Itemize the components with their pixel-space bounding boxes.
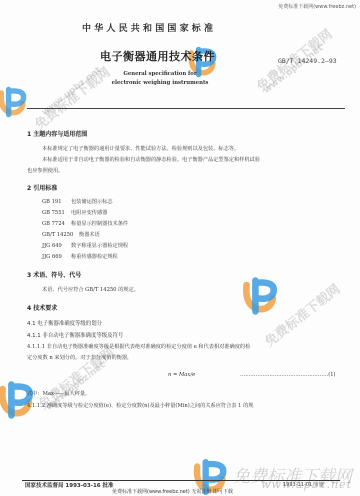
formula-where: 式中：Max——最大秤量。 bbox=[27, 390, 90, 397]
reference-code: JJG 649 bbox=[42, 243, 71, 249]
national-standard-label: 中华人民共和国国家标准 bbox=[82, 21, 216, 34]
document-title-en: General specification for electronic wei… bbox=[100, 70, 220, 87]
document-page: 免费标准下载网 www.upbz.net 免费标准下载网 www.upbz.ne… bbox=[0, 0, 360, 496]
download-note-link[interactable]: 免费标准下载网(www.freebz.net) 无需注册 即可下载 bbox=[112, 488, 233, 495]
brand-watermark-url[interactable]: www.upbz.net bbox=[261, 478, 352, 491]
section-3-para: 术语、代号应符合 GB/T 14250 的规定。 bbox=[42, 286, 139, 293]
title-en-line2: electronic weighing instruments bbox=[100, 79, 220, 88]
section-1-para-1: 本标准规定了电子衡器的通用计量要求、性能试验方法、检验规则以及包装、标志等。 bbox=[42, 145, 239, 152]
top-watermark-link[interactable]: 免费标准下载网(www.freebz.net) bbox=[278, 3, 356, 10]
reference-item: JJG 649数字称重显示器检定规程 bbox=[42, 242, 128, 249]
clause-4-1-1: 4.1.1 非自动电子衡器准确度等级及符号 bbox=[27, 331, 123, 339]
section-1-heading: 1 主题内容与适用范围 bbox=[27, 129, 87, 138]
reference-item: GB/T 14250衡器术语 bbox=[42, 231, 100, 238]
up-logo-icon-mid bbox=[240, 274, 284, 318]
document-title-cn: 电子衡器通用技术条件 bbox=[100, 48, 215, 64]
header-divider bbox=[27, 108, 345, 109]
section-3-heading: 3 术语、符号、代号 bbox=[27, 270, 81, 279]
reference-name: 数字称重显示器检定规程 bbox=[71, 243, 128, 249]
reference-code: JJG 669 bbox=[42, 254, 71, 260]
formula-number: ……………………………………………(1) bbox=[240, 372, 336, 378]
reference-item: GB 191包装储运图示标志 bbox=[42, 198, 113, 205]
section-2-heading: 2 引用标准 bbox=[27, 183, 57, 192]
reference-name: 称量显示控制器技术条件 bbox=[71, 221, 128, 227]
clause-4-1-1-1-line2: 定分度数 n 来划分的。对于非分度值的衡器， bbox=[27, 354, 132, 361]
reference-name: 电阻应变传感器 bbox=[71, 210, 107, 216]
reference-code: GB 191 bbox=[42, 199, 71, 205]
reference-code: GB/T 14250 bbox=[42, 232, 79, 238]
reference-code: GB 7724 bbox=[42, 221, 71, 227]
reference-name: 称重传感器检定规程 bbox=[71, 254, 118, 260]
section-4-heading: 4 技术要求 bbox=[27, 303, 57, 312]
reference-code: GB 7551 bbox=[42, 210, 71, 216]
reference-item: JJG 669称重传感器检定规程 bbox=[42, 253, 118, 260]
formula: n = Max/e bbox=[168, 372, 195, 378]
up-logo-icon-lower bbox=[0, 378, 40, 422]
reference-name: 衡器术语 bbox=[79, 232, 100, 238]
clause-4-1-1-2: 4.1.1.2 准确度等级与检定分度值(e)、检定分度数(n)及最小秤量(Min… bbox=[27, 402, 253, 409]
standard-number: GB/T 14249.2—93 bbox=[278, 57, 337, 65]
up-logo-icon bbox=[0, 84, 32, 120]
approval-date: 国家技术监督局 1993-03-16 批准 bbox=[25, 481, 114, 489]
title-en-line1: General specification for bbox=[100, 70, 220, 79]
section-1-para-2-line1: 本标准适用于非自动电子衡器的检验和自动衡器的静态检验。电子衡器产品定型鉴定和样机… bbox=[42, 156, 260, 163]
reference-name: 包装储运图示标志 bbox=[71, 199, 113, 205]
reference-item: GB 7724称量显示控制器技术条件 bbox=[42, 220, 128, 227]
clause-4-1-1-1-line1: 4.1.1.1 非自动电子衡器准确度等级是根据代表绝对准确度的检定分度值 e 和… bbox=[27, 343, 250, 350]
clause-4-1: 4.1 电子衡器准确度等级的划分 bbox=[27, 319, 102, 327]
reference-item: GB 7551电阻应变传感器 bbox=[42, 209, 107, 216]
section-1-para-2-line2: 也应参照使用。 bbox=[27, 167, 63, 174]
